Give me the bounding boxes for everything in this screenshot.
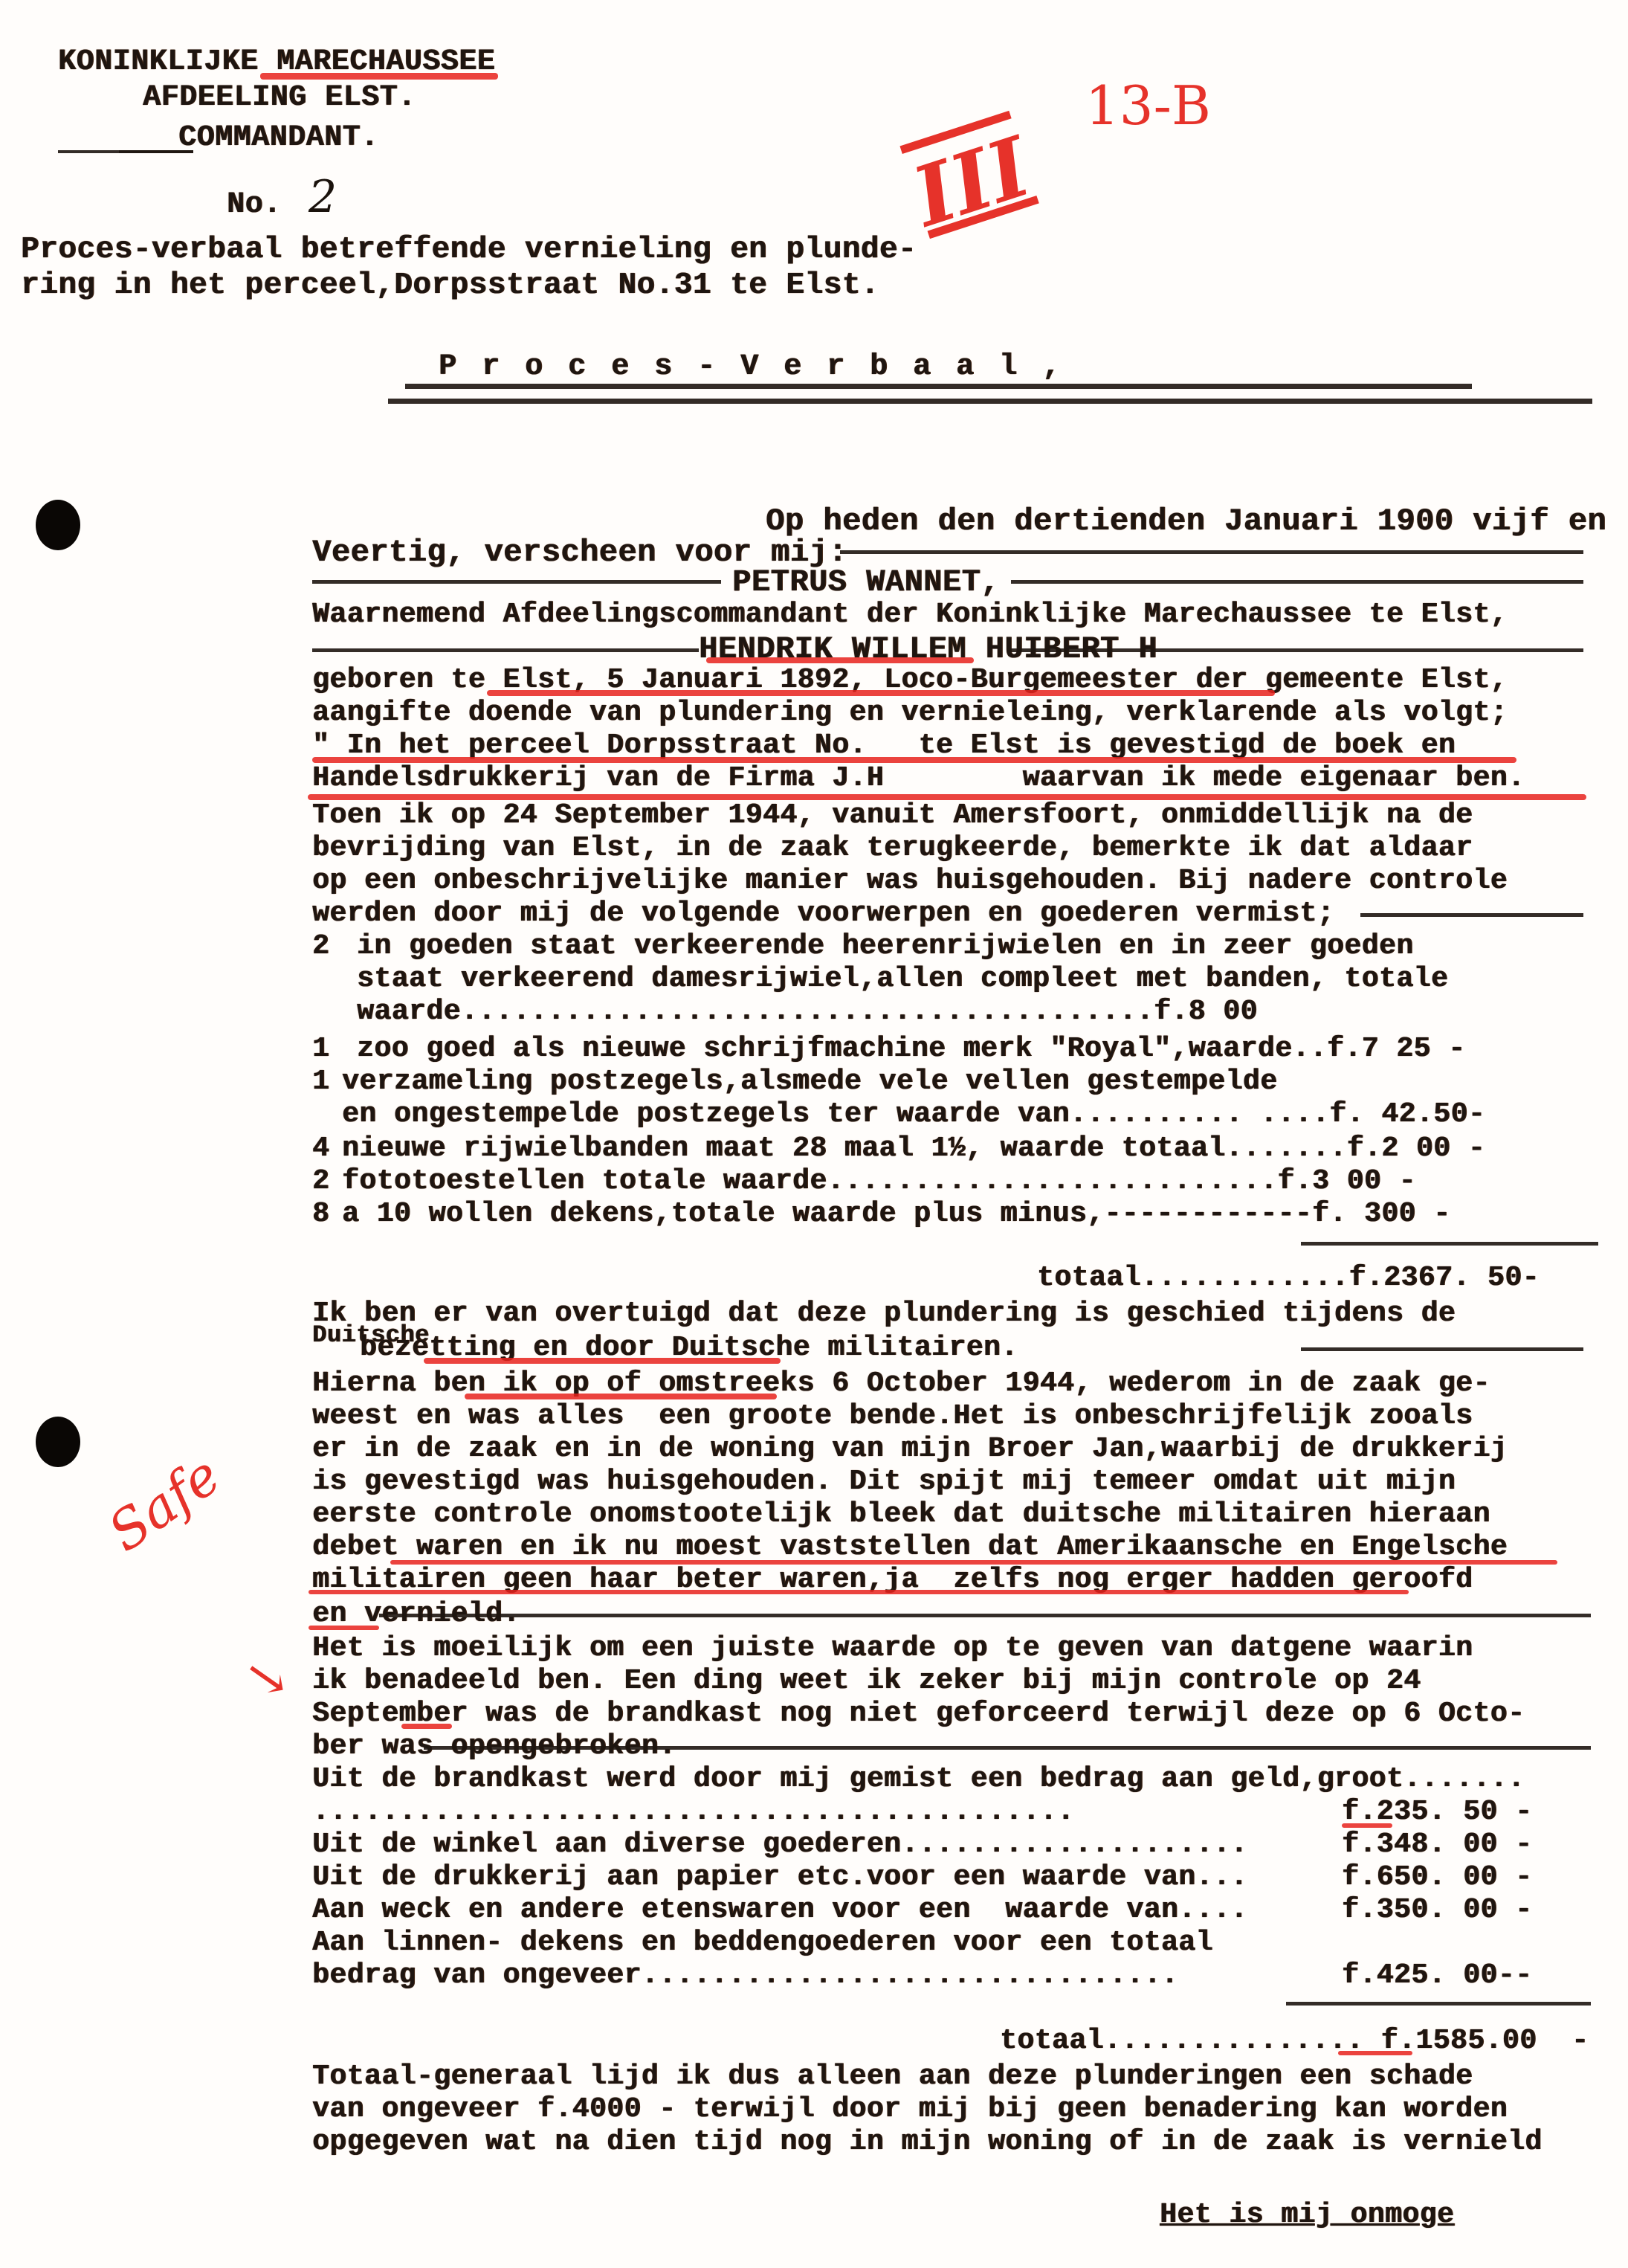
header-line-2: AFDEELING ELST. bbox=[143, 83, 416, 113]
title-rule-1 bbox=[405, 384, 1472, 389]
middle-line-8: debet waren en ik nu moest vaststellen d… bbox=[312, 1533, 1508, 1562]
item2-5-value: f.350. 00 - bbox=[1342, 1896, 1532, 1924]
intro-line-12: op een onbeschrijvelijke manier was huis… bbox=[312, 867, 1508, 895]
item2-3-value: f.348. 00 - bbox=[1342, 1831, 1532, 1859]
underline-vernield bbox=[309, 1626, 379, 1630]
item-4-text: nieuwe rijwielbanden maat 28 maal 1½, wa… bbox=[342, 1135, 1485, 1163]
intro-line-1: Op heden den dertienden Januari 1900 vij… bbox=[766, 506, 1606, 537]
item-5-text: fototoestellen totale waarde............… bbox=[342, 1167, 1416, 1196]
middle-line-4: weest en was alles een groote bende.Het … bbox=[312, 1402, 1473, 1431]
header-line-3: COMMANDANT. bbox=[178, 123, 379, 153]
item2-7-value: f.425. 00-- bbox=[1342, 1962, 1532, 1990]
document-title: Proces-Verbaal, bbox=[439, 352, 1085, 382]
middle-line-12: ik benadeeld ben. Een ding weet ik zeker… bbox=[312, 1667, 1421, 1695]
fill-rule bbox=[1007, 648, 1583, 652]
item-4: 4 bbox=[312, 1135, 329, 1163]
closing-line-2: van ongeveer f.4000 - terwijl door mij b… bbox=[312, 2095, 1508, 2124]
fill-rule bbox=[1360, 913, 1583, 917]
item2-4-value: f.650. 00 - bbox=[1342, 1863, 1532, 1892]
middle-line-7: eerste controle onomstootelijk bleek dat… bbox=[312, 1501, 1490, 1529]
item2-3-text: Uit de winkel aan diverse goederen......… bbox=[312, 1831, 1247, 1859]
underline-total-2 bbox=[1338, 2051, 1412, 2055]
margin-note-safe: Safe bbox=[97, 1443, 231, 1563]
intro-line-11: bevrijding van Elst, in de zaak terugkee… bbox=[312, 834, 1473, 863]
underline-name bbox=[706, 657, 974, 663]
officer-name: PETRUS WANNET, bbox=[732, 567, 1000, 598]
item2-4-text: Uit de drukkerij aan papier etc.voor een… bbox=[312, 1863, 1247, 1892]
item2-5-text: Aan weck en andere etenswaren voor een w… bbox=[312, 1896, 1247, 1924]
document-number-label: No. bbox=[227, 190, 282, 220]
item-1-cont-1: staat verkeerend damesrijwiel,allen comp… bbox=[357, 965, 1448, 993]
item2-7-text: bedrag van ongeveer.....................… bbox=[312, 1962, 1178, 1990]
fill-rule bbox=[312, 580, 721, 584]
intro-line-2: Veertig, verscheen voor mij: bbox=[312, 537, 847, 568]
item-3-text: verzameling postzegels,alsmede vele vell… bbox=[342, 1068, 1277, 1096]
closing-line-1: Totaal-generaal lijd ik dus alleen aan d… bbox=[312, 2063, 1473, 2091]
item2-2-value: f.235. 50 - bbox=[1342, 1798, 1532, 1826]
arrow-annotation: → bbox=[232, 1640, 303, 1716]
item-2: 1 bbox=[312, 1035, 329, 1063]
underline-loco-burgemeester bbox=[487, 690, 1275, 696]
intro-line-13: werden door mij de volgende voorwerpen e… bbox=[312, 900, 1334, 928]
roman-numeral-annotation: III bbox=[902, 118, 1041, 245]
middle-line-6: is gevestigd was huisgehouden. Dit spijt… bbox=[312, 1468, 1456, 1496]
underline-235 bbox=[1342, 1823, 1392, 1828]
sum-rule bbox=[1301, 1242, 1598, 1246]
middle-line-11: Het is moeilijk om een juiste waarde op … bbox=[312, 1634, 1473, 1663]
title-rule-2 bbox=[388, 399, 1592, 404]
subject-line-1: Proces-verbaal betreffende vernieling en… bbox=[21, 235, 917, 265]
total-1: totaal............f.2367. 50- bbox=[1037, 1264, 1540, 1292]
underline-militairen bbox=[309, 1590, 1409, 1594]
underline-marechaussee bbox=[260, 73, 498, 80]
item2-2-text: ........................................… bbox=[312, 1798, 1074, 1826]
middle-line-13: September was de brandkast nog niet gefo… bbox=[312, 1700, 1525, 1728]
underline-door-duitsche bbox=[424, 1358, 781, 1364]
item-1-text: in goeden staat verkeerende heerenrijwie… bbox=[357, 932, 1414, 961]
punch-hole-bottom bbox=[36, 1417, 80, 1467]
underline-october bbox=[465, 1394, 777, 1399]
sum-rule bbox=[1286, 2002, 1591, 2006]
item-2-text: zoo goed als nieuwe schrijfmachine merk … bbox=[357, 1035, 1465, 1063]
item-3-cont: en ongestempelde postzegels ter waarde v… bbox=[342, 1101, 1485, 1129]
item-1-qty: 2 bbox=[312, 932, 329, 961]
intro-line-10: Toen ik op 24 September 1944, vanuit Ame… bbox=[312, 802, 1473, 830]
item-6-text: a 10 wollen dekens,totale waarde plus mi… bbox=[342, 1200, 1450, 1228]
intro-line-7: aangifte doende van plundering en vernie… bbox=[312, 699, 1508, 727]
middle-line-5: er in de zaak en in de woning van mijn B… bbox=[312, 1435, 1508, 1463]
closing-line-3: opgegeven wat na dien tijd nog in mijn w… bbox=[312, 2128, 1543, 2156]
item2-1-text: Uit de brandkast werd door mij gemist ee… bbox=[312, 1765, 1525, 1794]
intro-line-9: Handelsdrukkerij van de Firma J.H waarva… bbox=[312, 764, 1525, 793]
subject-line-2: ring in het perceel,Dorpsstraat No.31 te… bbox=[21, 271, 879, 301]
underline-brandkast bbox=[401, 1724, 452, 1729]
fill-rule bbox=[379, 1614, 1591, 1617]
intro-line-4: Waarnemend Afdeelingscommandant der Koni… bbox=[312, 601, 1508, 629]
fill-rule bbox=[424, 1746, 1591, 1750]
item-1-cont-2: waarde..................................… bbox=[357, 998, 1258, 1026]
file-code-annotation: 13-B bbox=[1085, 74, 1211, 137]
fill-rule bbox=[840, 550, 1583, 554]
item-5: 2 bbox=[312, 1167, 329, 1196]
header-rule-2 bbox=[119, 150, 193, 153]
fill-rule bbox=[312, 648, 699, 652]
item-6: 8 bbox=[312, 1200, 329, 1228]
fill-rule bbox=[1011, 580, 1583, 584]
item-3: 1 bbox=[312, 1068, 329, 1096]
punch-hole-top bbox=[36, 500, 80, 550]
intro-line-8: " In het perceel Dorpsstraat No. te Elst… bbox=[312, 732, 1456, 760]
document-number-handwritten: 2 bbox=[309, 171, 337, 223]
continuation-text: Het is mij onmoge bbox=[1160, 2201, 1454, 2229]
fill-rule bbox=[1301, 1347, 1583, 1351]
total-2: totaal............... f.1585.00 - bbox=[1000, 2027, 1589, 2055]
middle-line-1: Ik ben er van overtuigd dat deze plunder… bbox=[312, 1300, 1456, 1328]
item2-6-text: Aan linnen- dekens en beddengoederen voo… bbox=[312, 1929, 1213, 1957]
